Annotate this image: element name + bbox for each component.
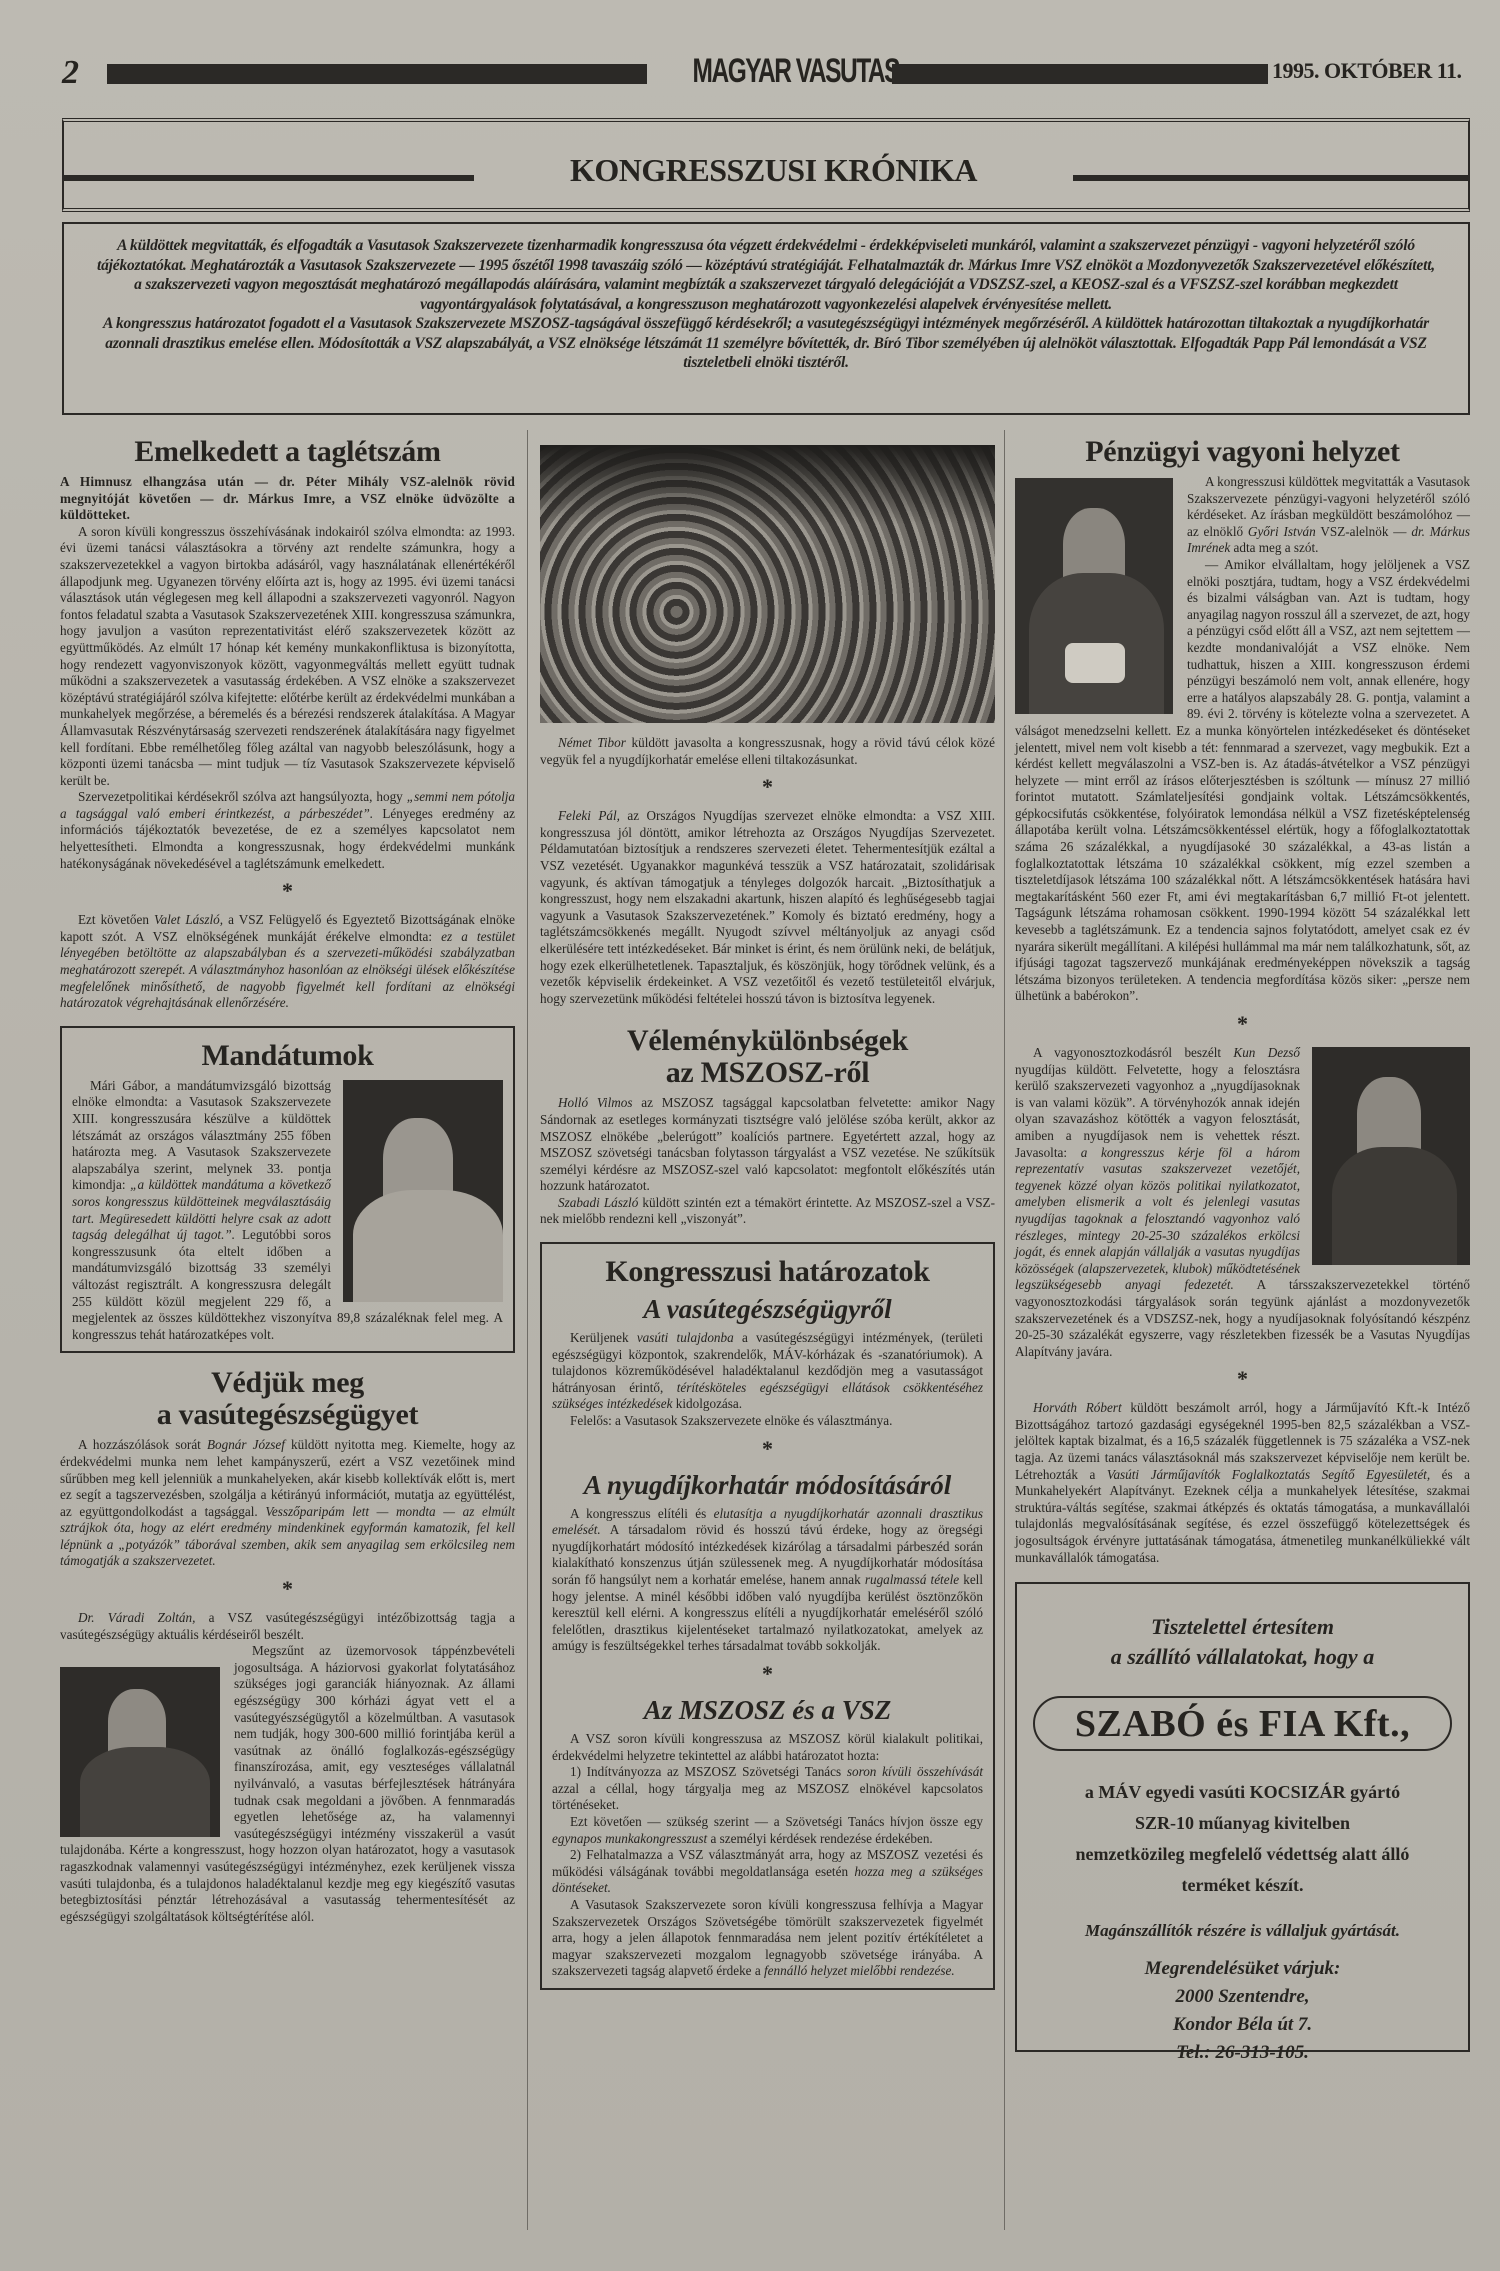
article-paragraph: A soron kívüli kongresszus összehívásána…: [60, 524, 515, 790]
article-paragraph: Felelős: a Vasutasok Szakszervezete elnö…: [552, 1413, 983, 1430]
section-separator-star: *: [1015, 1368, 1470, 1390]
column-divider: [1004, 430, 1005, 2230]
ad-private-note: Magánszállítók részére is vállaljuk gyár…: [1033, 1923, 1452, 1940]
article-paragraph: Ezt követően Valet László, a VSZ Felügye…: [60, 912, 515, 1012]
advertisement-szabo-es-fia: Tisztelettel értesítem a szállító vállal…: [1015, 1582, 1470, 2052]
article-velemenykulonbsegek: Véleménykülönbségekaz MSZOSZ-ről Holló V…: [540, 1025, 995, 1228]
issue-date: 1995. OKTÓBER 11.: [1272, 58, 1462, 84]
article-headline: Emelkedett a taglétszám: [60, 436, 515, 468]
article-headline: Véleménykülönbségekaz MSZOSZ-ről: [540, 1025, 995, 1089]
article-paragraph: A kongresszus elítéli és elutasítja a ny…: [552, 1506, 983, 1655]
newspaper-title: MAGYAR VASUTAS: [693, 52, 850, 91]
lead-paragraph: A kongresszus határozatot fogadott el a …: [94, 314, 1438, 373]
ad-body-line: a MÁV egyedi vasúti KOCSIZÁR gyártó: [1033, 1777, 1452, 1808]
speaker-photo-mari-gabor: [343, 1080, 503, 1302]
article-emelkedett-a-tagletszam: Emelkedett a taglétszám A Himnusz elhang…: [60, 436, 515, 1012]
article-mandatumok: Mandátumok Mári Gábor, a mandátumvizsgál…: [60, 1026, 515, 1354]
article-headline: Védjük mega vasútegészségügyet: [60, 1367, 515, 1431]
article-paragraph: Szabadi László küldött szintén ezt a tém…: [540, 1195, 995, 1228]
ad-address-line: 2000 Szentendre,: [1033, 1983, 1452, 2011]
article-paragraph: 1) Indítványozza az MSZOSZ Szövetségi Ta…: [552, 1764, 983, 1814]
ad-address-line: Kondor Béla út 7.: [1033, 2011, 1452, 2039]
article-headline: Pénzügyi vagyoni helyzet: [1015, 436, 1470, 468]
lead-paragraph: A küldöttek megvitatták, és elfogadták a…: [94, 236, 1438, 314]
article-paragraph: A Vasutasok Szakszervezete soron kívüli …: [552, 1897, 983, 1980]
section-separator-star: *: [60, 1578, 515, 1600]
ad-company-name: SZABÓ és FIA Kft.,: [1033, 1696, 1452, 1751]
section-separator-star: *: [540, 776, 995, 798]
article-paragraph: Feleki Pál, az Országos Nyugdíjas szerve…: [540, 808, 995, 1007]
page-number: 2: [62, 54, 79, 92]
column-3: Pénzügyi vagyoni helyzet A kongresszusi …: [1015, 430, 1470, 2052]
subheadline: A vasútegészségügyről: [552, 1294, 983, 1324]
article-paragraph: Német Tibor küldött javasolta a kongress…: [540, 735, 995, 768]
article-paragraph: A VSZ soron kívüli kongresszusa az MSZOS…: [552, 1731, 983, 1764]
section-banner: KONGRESSZUSI KRÓNIKA: [62, 118, 1470, 212]
ad-body-line: terméket készít.: [1033, 1870, 1452, 1901]
congress-audience-photo: [540, 445, 995, 723]
section-separator-star: *: [552, 1663, 983, 1685]
section-separator-star: *: [1015, 1013, 1470, 1035]
article-headline: Kongresszusi határozatok: [552, 1256, 983, 1288]
subheadline: A nyugdíjkorhatár módosításáról: [552, 1470, 983, 1500]
ad-contact: Megrendelésüket várjuk: 2000 Szentendre,…: [1033, 1955, 1452, 2067]
speaker-photo-varadi-zoltan: [60, 1667, 220, 1837]
masthead: 2 MAGYAR VASUTAS 1995. OKTÓBER 11.: [62, 52, 1482, 92]
masthead-rule-right: [892, 64, 1268, 84]
section-separator-star: *: [60, 880, 515, 902]
newspaper-page: 2 MAGYAR VASUTAS 1995. OKTÓBER 11. KONGR…: [0, 0, 1500, 2271]
article-paragraph: Dr. Váradi Zoltán, a VSZ vasútegészségüg…: [60, 1610, 515, 1643]
ad-order-line: Megrendelésüket várjuk:: [1033, 1955, 1452, 1983]
masthead-rule-left: [107, 64, 647, 84]
article-kongresszusi-hatarozatok: Kongresszusi határozatok A vasútegészség…: [540, 1242, 995, 1990]
banner-rule-left: [64, 175, 474, 181]
subheadline: Az MSZOSZ és a VSZ: [552, 1695, 983, 1725]
article-paragraph: Horváth Róbert küldött beszámolt arról, …: [1015, 1400, 1470, 1566]
column-divider: [527, 430, 528, 2230]
ad-body-line: nemzetközileg megfelelő védettség alatt …: [1033, 1839, 1452, 1870]
article-paragraph: Ezt követően — szükség szerint — a Szöve…: [552, 1814, 983, 1847]
article-intro: A Himnusz elhangzása után — dr. Péter Mi…: [60, 474, 515, 524]
speaker-photo-kun-dezso: [1312, 1047, 1470, 1265]
section-title: KONGRESSZUSI KRÓNIKA: [474, 152, 1073, 189]
article-paragraph: 2) Felhatalmazza a VSZ választmányát arr…: [552, 1847, 983, 1897]
article-vedjuk-meg-a-vasutegeszsegugyet: Védjük mega vasútegészségügyet A hozzász…: [60, 1367, 515, 1925]
article-paragraph: Kerüljenek vasúti tulajdonba a vasútegés…: [552, 1330, 983, 1413]
speaker-photo-markus-imre: [1015, 478, 1173, 714]
ad-phone: Tel.: 26-313-105.: [1033, 2039, 1452, 2067]
ad-intro-line: Tisztelettel értesítem: [1033, 1612, 1452, 1642]
column-1: Emelkedett a taglétszám A Himnusz elhang…: [60, 430, 515, 1925]
article-paragraph: Szervezetpolitikai kérdésekről szólva az…: [60, 789, 515, 872]
article-penzugyi-vagyoni-helyzet: Pénzügyi vagyoni helyzet A kongresszusi …: [1015, 436, 1470, 1566]
article-paragraph: A hozzászólások sorát Bognár József küld…: [60, 1437, 515, 1570]
article-paragraph: Holló Vilmos az MSZOSZ tagsággal kapcsol…: [540, 1095, 995, 1195]
lead-summary-box: A küldöttek megvitatták, és elfogadták a…: [62, 222, 1470, 415]
article-headline: Mandátumok: [72, 1040, 503, 1072]
ad-body-line: SZR-10 műanyag kivitelben: [1033, 1808, 1452, 1839]
column-2: Német Tibor küldött javasolta a kongress…: [540, 430, 995, 1990]
banner-rule-right: [1073, 175, 1468, 181]
section-separator-star: *: [552, 1438, 983, 1460]
ad-intro-line: a szállító vállalatokat, hogy a: [1033, 1642, 1452, 1672]
